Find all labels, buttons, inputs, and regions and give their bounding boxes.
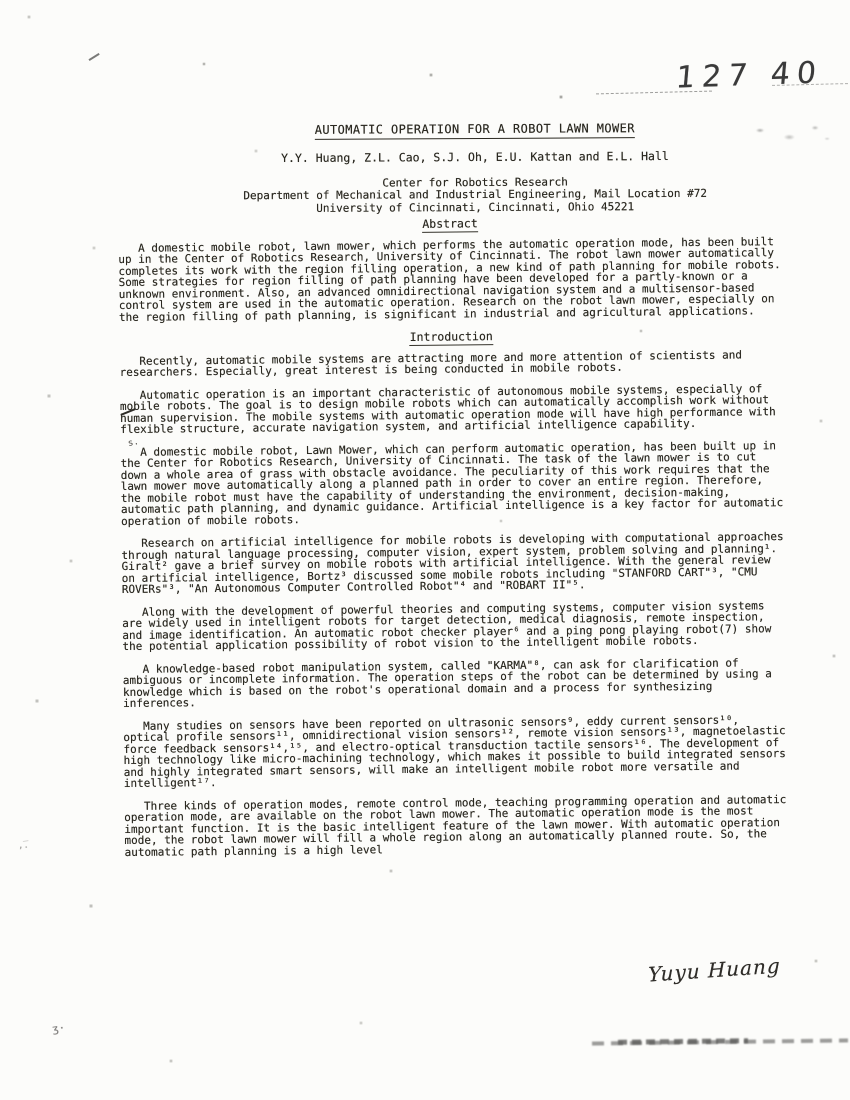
affiliation-line-3: University of Cincinnati, Cincinnati, Oh… xyxy=(135,200,815,216)
abstract-text: A domestic mobile robot, lawn mower, whi… xyxy=(118,236,783,323)
intro-paragraph-6: A knowledge-based robot manipulation sys… xyxy=(123,657,787,710)
intro-paragraph-3: A domestic mobile robot, Lawn Mower, whi… xyxy=(120,440,785,527)
paper-header: AUTOMATIC OPERATION FOR A ROBOT LAWN MOW… xyxy=(135,116,815,216)
ink-mark-left-margin: ,̅. xyxy=(18,841,30,852)
scan-noise-specks xyxy=(0,0,2,2)
signature-handwritten: Yuyu Huang xyxy=(648,953,780,986)
intro-paragraph-5: Along with the development of powerful t… xyxy=(122,600,786,653)
intro-paragraph-4: Research on artificial intelligence for … xyxy=(121,531,786,595)
introduction-heading-label: Introduction xyxy=(410,329,493,346)
scanned-document-page: 127 40 AUTOMATIC OPERATION FOR A ROBOT L… xyxy=(0,0,850,1100)
intro-paragraph-2: Automatic operation is an important char… xyxy=(120,383,784,436)
authors-line: Y.Y. Huang, Z.L. Cao, S.J. Oh, E.U. Katt… xyxy=(135,148,815,166)
affiliation-block: Center for Robotics Research Department … xyxy=(135,175,815,216)
intro-paragraph-7: Many studies on sensors have been report… xyxy=(123,714,788,790)
ink-mark-slash xyxy=(88,53,99,61)
ink-mark-bottom-left: ӡ· xyxy=(51,1021,66,1036)
abstract-heading-label: Abstract xyxy=(422,216,478,233)
introduction-heading: Introduction xyxy=(119,328,783,346)
intro-paragraph-8: Three kinds of operation modes, remote c… xyxy=(124,794,789,858)
intro-paragraph-1: Recently, automatic mobile systems are a… xyxy=(119,349,783,379)
paper-title: AUTOMATIC OPERATION FOR A ROBOT LAWN MOW… xyxy=(315,121,635,139)
abstract-heading: Abstract xyxy=(118,215,782,233)
document-body: Abstract A domestic mobile robot, lawn m… xyxy=(118,215,789,869)
handwritten-page-number: 127 40 xyxy=(675,55,825,95)
